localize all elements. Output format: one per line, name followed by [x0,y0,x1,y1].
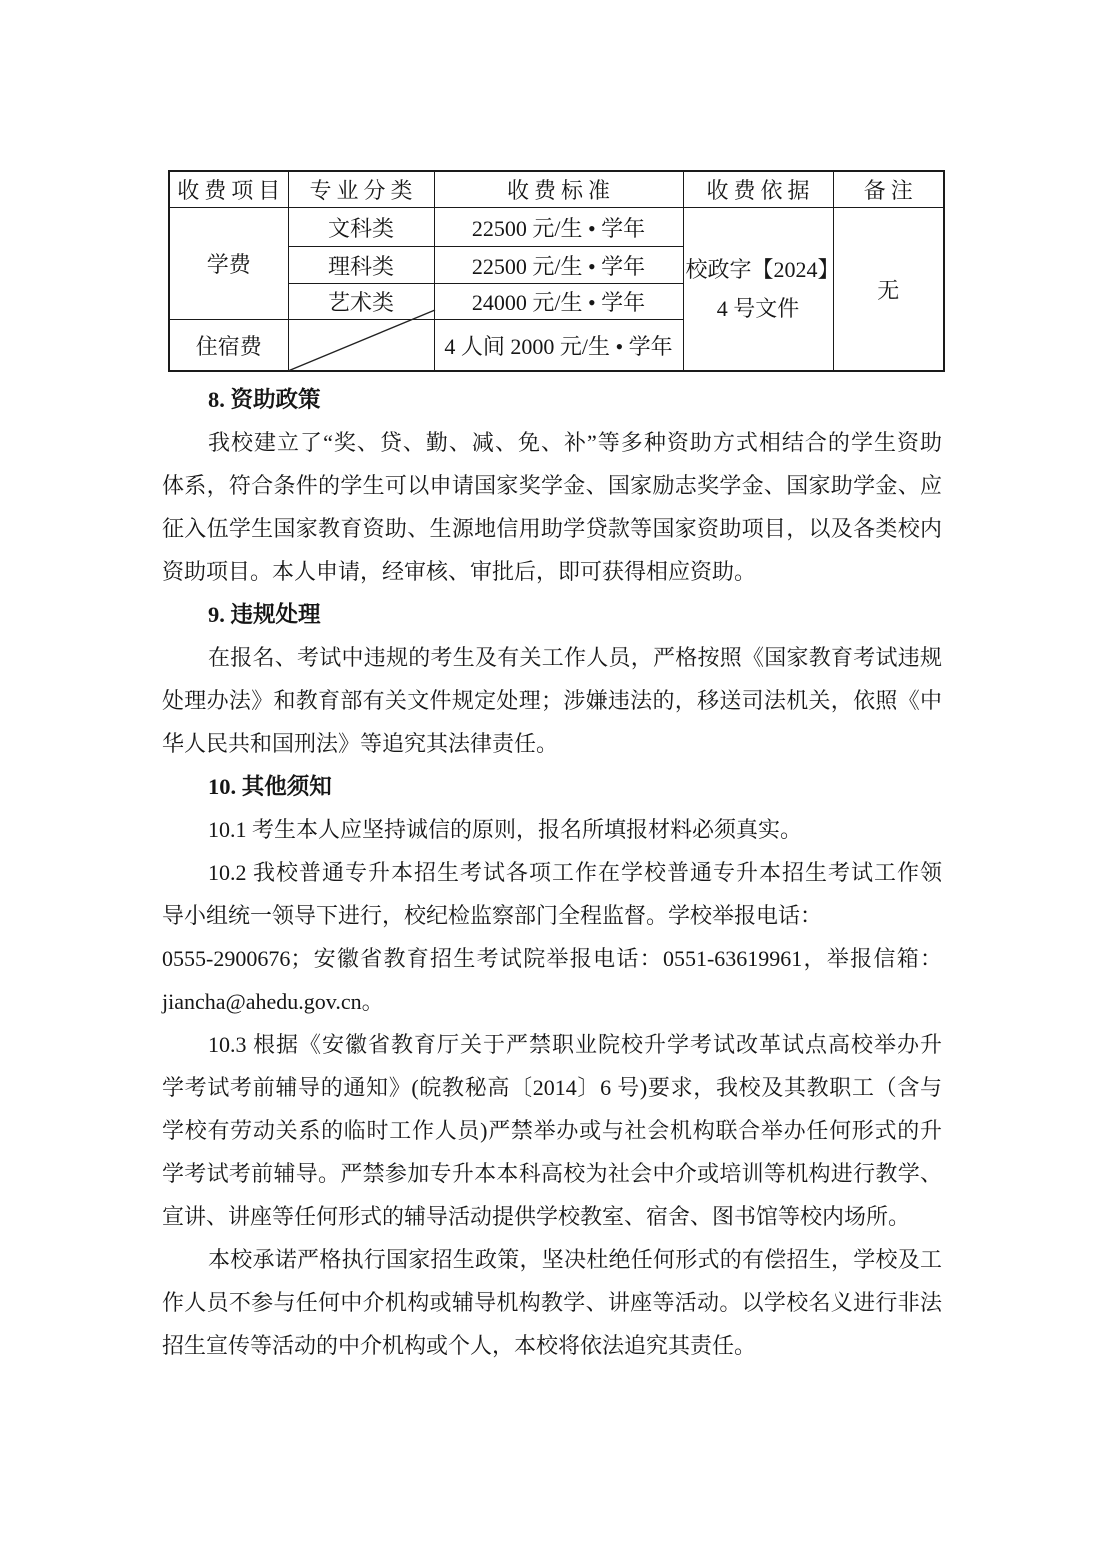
paragraph-line: 征入伍学生国家教育资助、生源地信用助学贷款等国家资助项目，以及各类校内 [162,507,942,550]
section-heading-10: 10. 其他须知 [162,765,942,808]
paragraph-line: 学考试考前辅导。严禁参加专升本本科高校为社会中介或培训等机构进行教学、 [162,1152,942,1195]
category-cell: 文科类 [288,208,434,247]
standard-cell: 24000 元/生 • 学年 [434,284,683,320]
diagonal-line [288,310,435,371]
col-header-item: 收费项目 [169,171,288,208]
section-9-paragraph: 在报名、考试中违规的考生及有关工作人员，严格按照《国家教育考试违规 处理办法》和… [162,636,942,765]
section-heading-9: 9. 违规处理 [162,593,942,636]
fee-table-header-row: 收费项目 专业分类 收费标准 收费依据 备注 [169,171,944,208]
paragraph-line: 在报名、考试中违规的考生及有关工作人员，严格按照《国家教育考试违规 [162,636,942,679]
paragraph-line: 资助项目。本人申请，经审核、审批后，即可获得相应资助。 [162,550,942,593]
document-page: 收费项目 专业分类 收费标准 收费依据 备注 学费 文科类 22500 元/生 … [0,170,1102,1367]
standard-cell: 22500 元/生 • 学年 [434,208,683,247]
basis-line-2: 4 号文件 [686,289,831,328]
paragraph-line: 招生宣传等活动的中介机构或个人，本校将依法追究其责任。 [162,1324,942,1367]
paragraph-line: 华人民共和国刑法》等追究其法律责任。 [162,722,942,765]
tuition-label-cell: 学费 [169,208,288,320]
diagonal-cell [288,320,434,372]
paragraph-line: 宣讲、讲座等任何形式的辅导活动提供学校教室、宿舍、图书馆等校内场所。 [162,1195,942,1238]
paragraph-line: 学校有劳动关系的临时工作人员)严禁举办或与社会机构联合举办任何形式的升 [162,1109,942,1152]
section-8-paragraph: 我校建立了“奖、贷、勤、减、免、补”等多种资助方式相结合的学生资助 体系，符合条… [162,421,942,593]
paragraph-line: 0555-2900676；安徽省教育招生考试院举报电话：0551-6361996… [162,937,942,980]
paragraph-line: 10.2 我校普通专升本招生考试各项工作在学校普通专升本招生考试工作领 [162,851,942,894]
section-10-3-paragraph: 10.3 根据《安徽省教育厅关于严禁职业院校升学考试改革试点高校举办升 学考试考… [162,1023,942,1238]
remark-cell: 无 [833,208,944,372]
fee-table: 收费项目 专业分类 收费标准 收费依据 备注 学费 文科类 22500 元/生 … [168,170,945,372]
col-header-basis: 收费依据 [683,171,833,208]
paragraph-line: 作人员不参与任何中介机构或辅导机构教学、讲座等活动。以学校名义进行非法 [162,1281,942,1324]
col-header-remark: 备注 [833,171,944,208]
paragraph-line: 学考试考前辅导的通知》(皖教秘高〔2014〕6 号)要求，我校及其教职工（含与 [162,1066,942,1109]
accommodation-label-cell: 住宿费 [169,320,288,372]
basis-line-1: 校政字【2024】 [686,250,831,289]
section-heading-8: 8. 资助政策 [162,378,942,421]
accommodation-standard-cell: 4 人间 2000 元/生 • 学年 [434,320,683,372]
paragraph-line: 本校承诺严格执行国家招生政策，坚决杜绝任何形式的有偿招生，学校及工 [162,1238,942,1281]
paragraph-line: jiancha@ahedu.gov.cn。 [162,980,942,1023]
paragraph-line: 我校建立了“奖、贷、勤、减、免、补”等多种资助方式相结合的学生资助 [162,421,942,464]
basis-cell: 校政字【2024】 4 号文件 [683,208,833,372]
col-header-category: 专业分类 [288,171,434,208]
section-10-2-paragraph: 10.2 我校普通专升本招生考试各项工作在学校普通专升本招生考试工作领 导小组统… [162,851,942,1023]
closing-paragraph: 本校承诺严格执行国家招生政策，坚决杜绝任何形式的有偿招生，学校及工 作人员不参与… [162,1238,942,1367]
standard-cell: 22500 元/生 • 学年 [434,247,683,284]
paragraph-line: 导小组统一领导下进行，校纪检监察部门全程监督。学校举报电话： [162,894,942,937]
category-cell: 理科类 [288,247,434,284]
paragraph-line: 10.1 考生本人应坚持诚信的原则，报名所填报材料必须真实。 [162,808,942,851]
paragraph-line: 体系，符合条件的学生可以申请国家奖学金、国家励志奖学金、国家助学金、应 [162,464,942,507]
section-10-1-paragraph: 10.1 考生本人应坚持诚信的原则，报名所填报材料必须真实。 [162,808,942,851]
paragraph-line: 10.3 根据《安徽省教育厅关于严禁职业院校升学考试改革试点高校举办升 [162,1023,942,1066]
tuition-row-liberal-arts: 学费 文科类 22500 元/生 • 学年 校政字【2024】 4 号文件 无 [169,208,944,247]
col-header-standard: 收费标准 [434,171,683,208]
paragraph-line: 处理办法》和教育部有关文件规定处理；涉嫌违法的，移送司法机关，依照《中 [162,679,942,722]
